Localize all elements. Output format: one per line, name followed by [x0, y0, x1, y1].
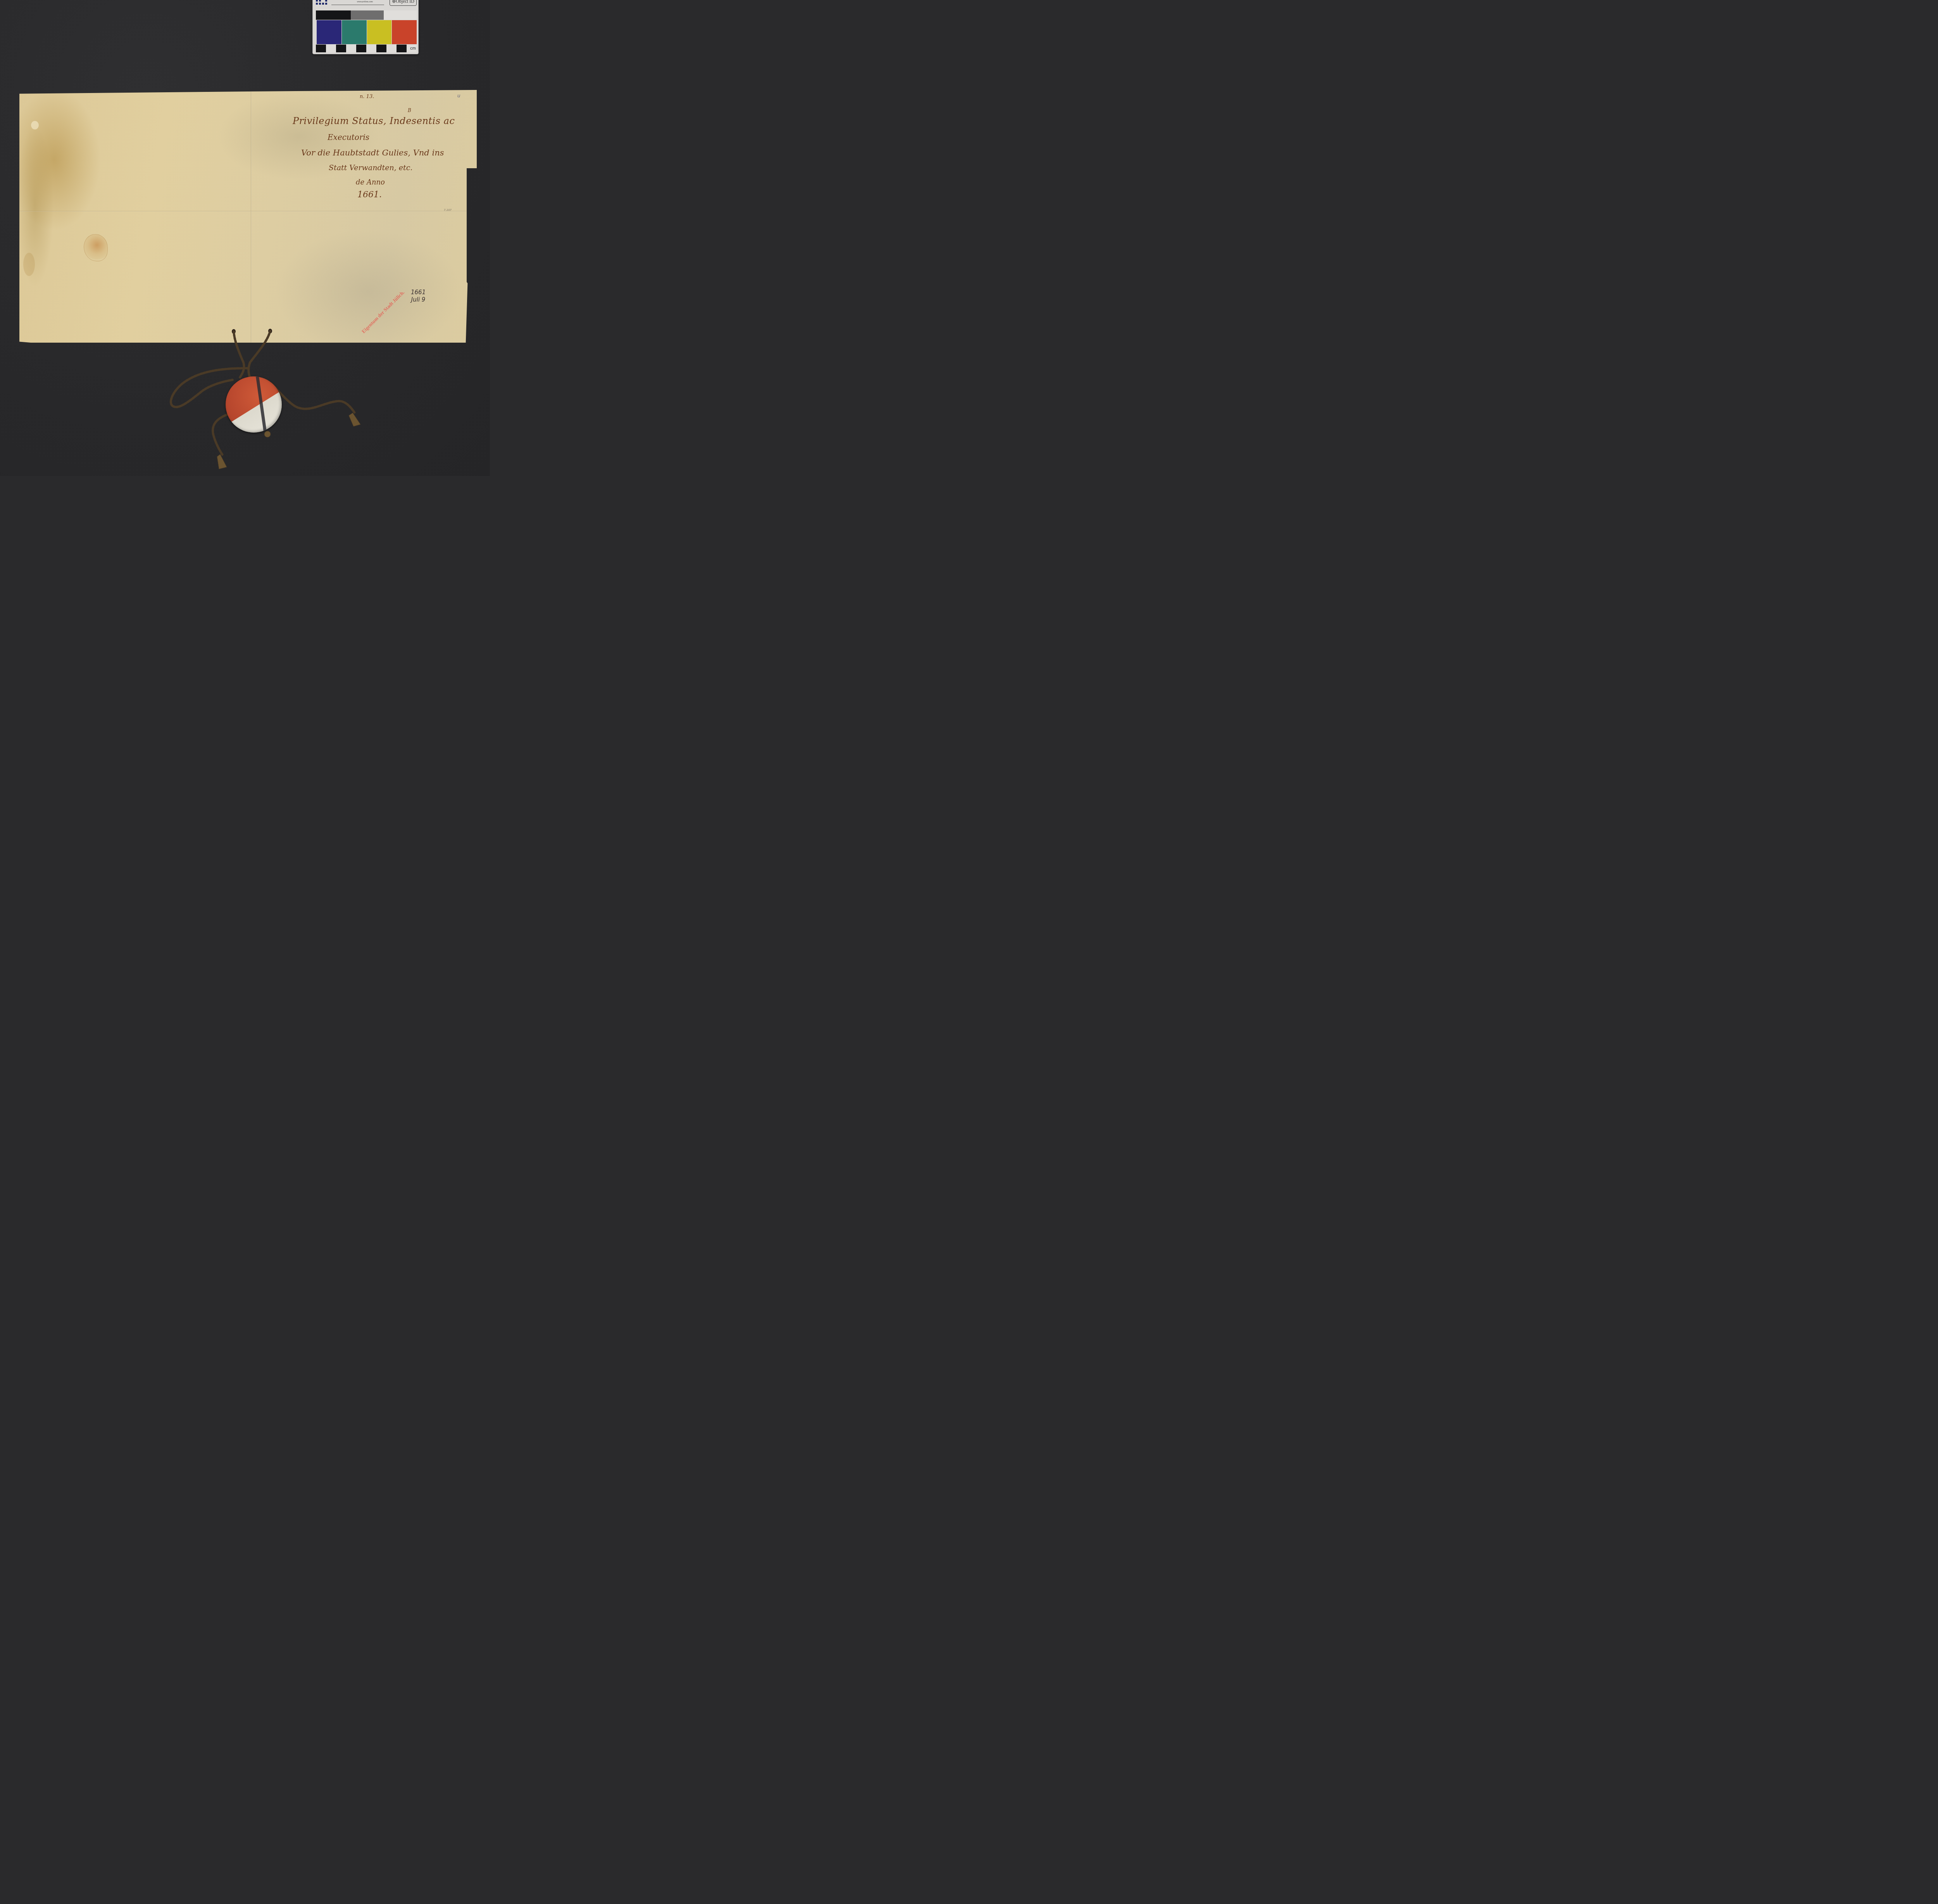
- card-url: www.artloss.com: [357, 1, 373, 3]
- vertical-fold-line: [251, 90, 252, 343]
- tassel-right-icon: [349, 413, 360, 426]
- water-stain: [84, 234, 108, 261]
- color-patch-red: [392, 20, 417, 44]
- archival-date-note: 1661 Juli 9: [411, 289, 426, 304]
- color-patch-green: [342, 20, 367, 44]
- card-logo-icon: [316, 0, 328, 5]
- light-spot: [31, 121, 39, 129]
- endorsement-superscript: B: [408, 108, 411, 113]
- cord-hole-left: [232, 329, 236, 334]
- scale-unit-label: cm: [410, 46, 416, 51]
- card-logo-text: Object ID: [396, 0, 414, 4]
- cord-hole-right: [268, 329, 272, 333]
- horizontal-fold-line: [19, 211, 477, 212]
- endorsement-line-5: de Anno: [356, 178, 385, 186]
- card-rule: [331, 5, 384, 5]
- edge-stain: [23, 253, 35, 276]
- photo-stage: www.artloss.com ⊕Object ID cm: [0, 0, 490, 476]
- endorsement-number: n. 13.: [360, 94, 374, 100]
- endorsement-line-1: Privilegium Status, Indesentis ac: [293, 116, 455, 126]
- color-reference-card: www.artloss.com ⊕Object ID cm: [312, 0, 419, 54]
- seal-cord-channel: [256, 376, 267, 433]
- fold-pencil-note: 7.107: [444, 209, 452, 212]
- endorsement-line-4: Statt Verwandten, etc.: [329, 164, 412, 172]
- parchment-charter: n. 13. B Privilegium Status, Indesentis …: [19, 90, 477, 343]
- corner-pencil-mark: u: [457, 93, 460, 98]
- color-patch-yellow: [367, 20, 392, 44]
- wax-seal: [226, 376, 282, 433]
- globe-icon: ⊕: [392, 0, 396, 4]
- gray-patch-black: [316, 10, 351, 20]
- cm-scale-bar: [316, 45, 417, 52]
- date-note-year: 1661: [411, 289, 426, 296]
- tassel-left-icon: [217, 454, 227, 469]
- color-patch-blue: [317, 20, 341, 44]
- endorsement-line-2: Executoris: [328, 133, 369, 142]
- gray-patch-mid: [351, 10, 384, 20]
- color-patch-row: [317, 20, 417, 44]
- endorsement-year: 1661.: [357, 190, 382, 200]
- ownership-stamp: Eigentum der Stadt Jülich.: [360, 289, 406, 335]
- gray-patch-row: [316, 10, 417, 20]
- gray-patch-white: [384, 10, 417, 20]
- endorsement-line-3: Vor die Haubtstadt Gulies, Vnd ins: [301, 148, 444, 157]
- card-object-id-logo: ⊕Object ID: [390, 0, 417, 6]
- date-note-day: Juli 9: [411, 296, 426, 304]
